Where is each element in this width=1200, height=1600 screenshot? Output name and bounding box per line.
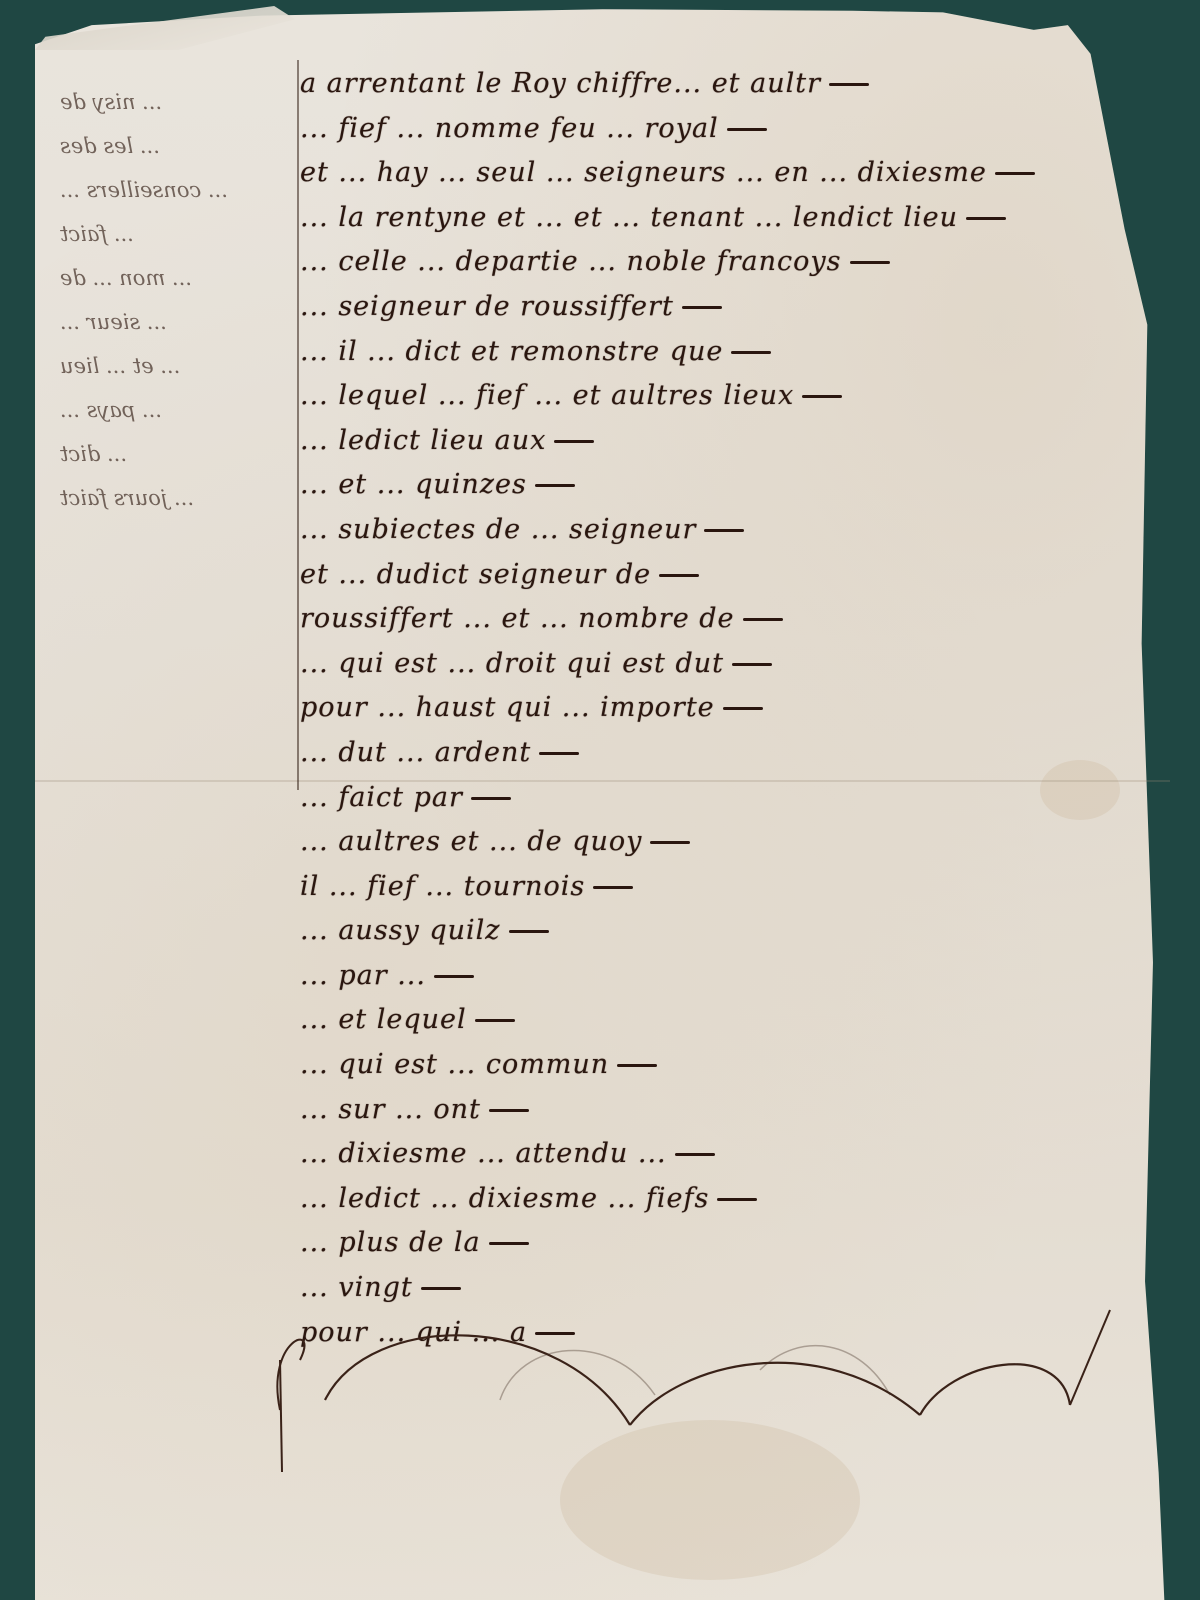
text-line: ... et ... quinzes bbox=[300, 463, 1140, 508]
text-line: ... fief ... nomme feu ... royal bbox=[300, 107, 1140, 152]
bleed-line: ... pays ... bbox=[60, 388, 290, 432]
text-line: pour ... haust qui ... importe bbox=[300, 686, 1140, 731]
text-line: ... faict par bbox=[300, 776, 1140, 821]
text-line: ... ledict lieu aux bbox=[300, 419, 1140, 464]
bleed-line: ... mon ... de bbox=[60, 256, 290, 300]
text-line: a arrentant le Roy chiffre... et aultr bbox=[300, 62, 1140, 107]
text-line: ... sur ... ont bbox=[300, 1088, 1140, 1133]
text-line: ... dut ... ardent bbox=[300, 731, 1140, 776]
text-line: ... lequel ... fief ... et aultres lieux bbox=[300, 374, 1140, 419]
text-line: et ... hay ... seul ... seigneurs ... en… bbox=[300, 151, 1140, 196]
text-line: roussiffert ... et ... nombre de bbox=[300, 597, 1140, 642]
text-line: ... subiectes de ... seigneur bbox=[300, 508, 1140, 553]
text-line: ... aultres et ... de quoy bbox=[300, 820, 1140, 865]
text-line: ... ledict ... dixiesme ... fiefs bbox=[300, 1177, 1140, 1222]
text-line: ... par ... bbox=[300, 954, 1140, 999]
text-line: et ... dudict seigneur de bbox=[300, 553, 1140, 598]
text-line: ... qui est ... droit qui est dut bbox=[300, 642, 1140, 687]
bleed-line: ... dict bbox=[60, 432, 290, 476]
margin-bleedthrough: ... nisy de ... les des ... conseillers … bbox=[60, 80, 290, 520]
margin-rule bbox=[297, 60, 299, 790]
text-line: ... qui est ... commun bbox=[300, 1043, 1140, 1088]
text-line: ... et lequel bbox=[300, 998, 1140, 1043]
closing-flourish bbox=[260, 1300, 1140, 1480]
text-line: ... celle ... departie ... noble francoy… bbox=[300, 240, 1140, 285]
text-line: ... plus de la bbox=[300, 1221, 1140, 1266]
bleed-line: ... et ... lieu bbox=[60, 344, 290, 388]
text-line: ... dixiesme ... attendu ... bbox=[300, 1132, 1140, 1177]
text-line: ... il ... dict et remonstre que bbox=[300, 330, 1140, 375]
bleed-line: ... jours faict bbox=[60, 476, 290, 520]
text-line: ... seigneur de roussiffert bbox=[300, 285, 1140, 330]
bleed-line: ... nisy de bbox=[60, 80, 290, 124]
text-line: ... aussy quilz bbox=[300, 909, 1140, 954]
bleed-line: ... les des bbox=[60, 124, 290, 168]
bleed-line: ... conseillers ... bbox=[60, 168, 290, 212]
handwritten-text-block: a arrentant le Roy chiffre... et aultr .… bbox=[300, 62, 1140, 1355]
text-line: ... la rentyne et ... et ... tenant ... … bbox=[300, 196, 1140, 241]
bleed-line: ... sieur ... bbox=[60, 300, 290, 344]
bleed-line: ... faict bbox=[60, 212, 290, 256]
text-line: il ... fief ... tournois bbox=[300, 865, 1140, 910]
